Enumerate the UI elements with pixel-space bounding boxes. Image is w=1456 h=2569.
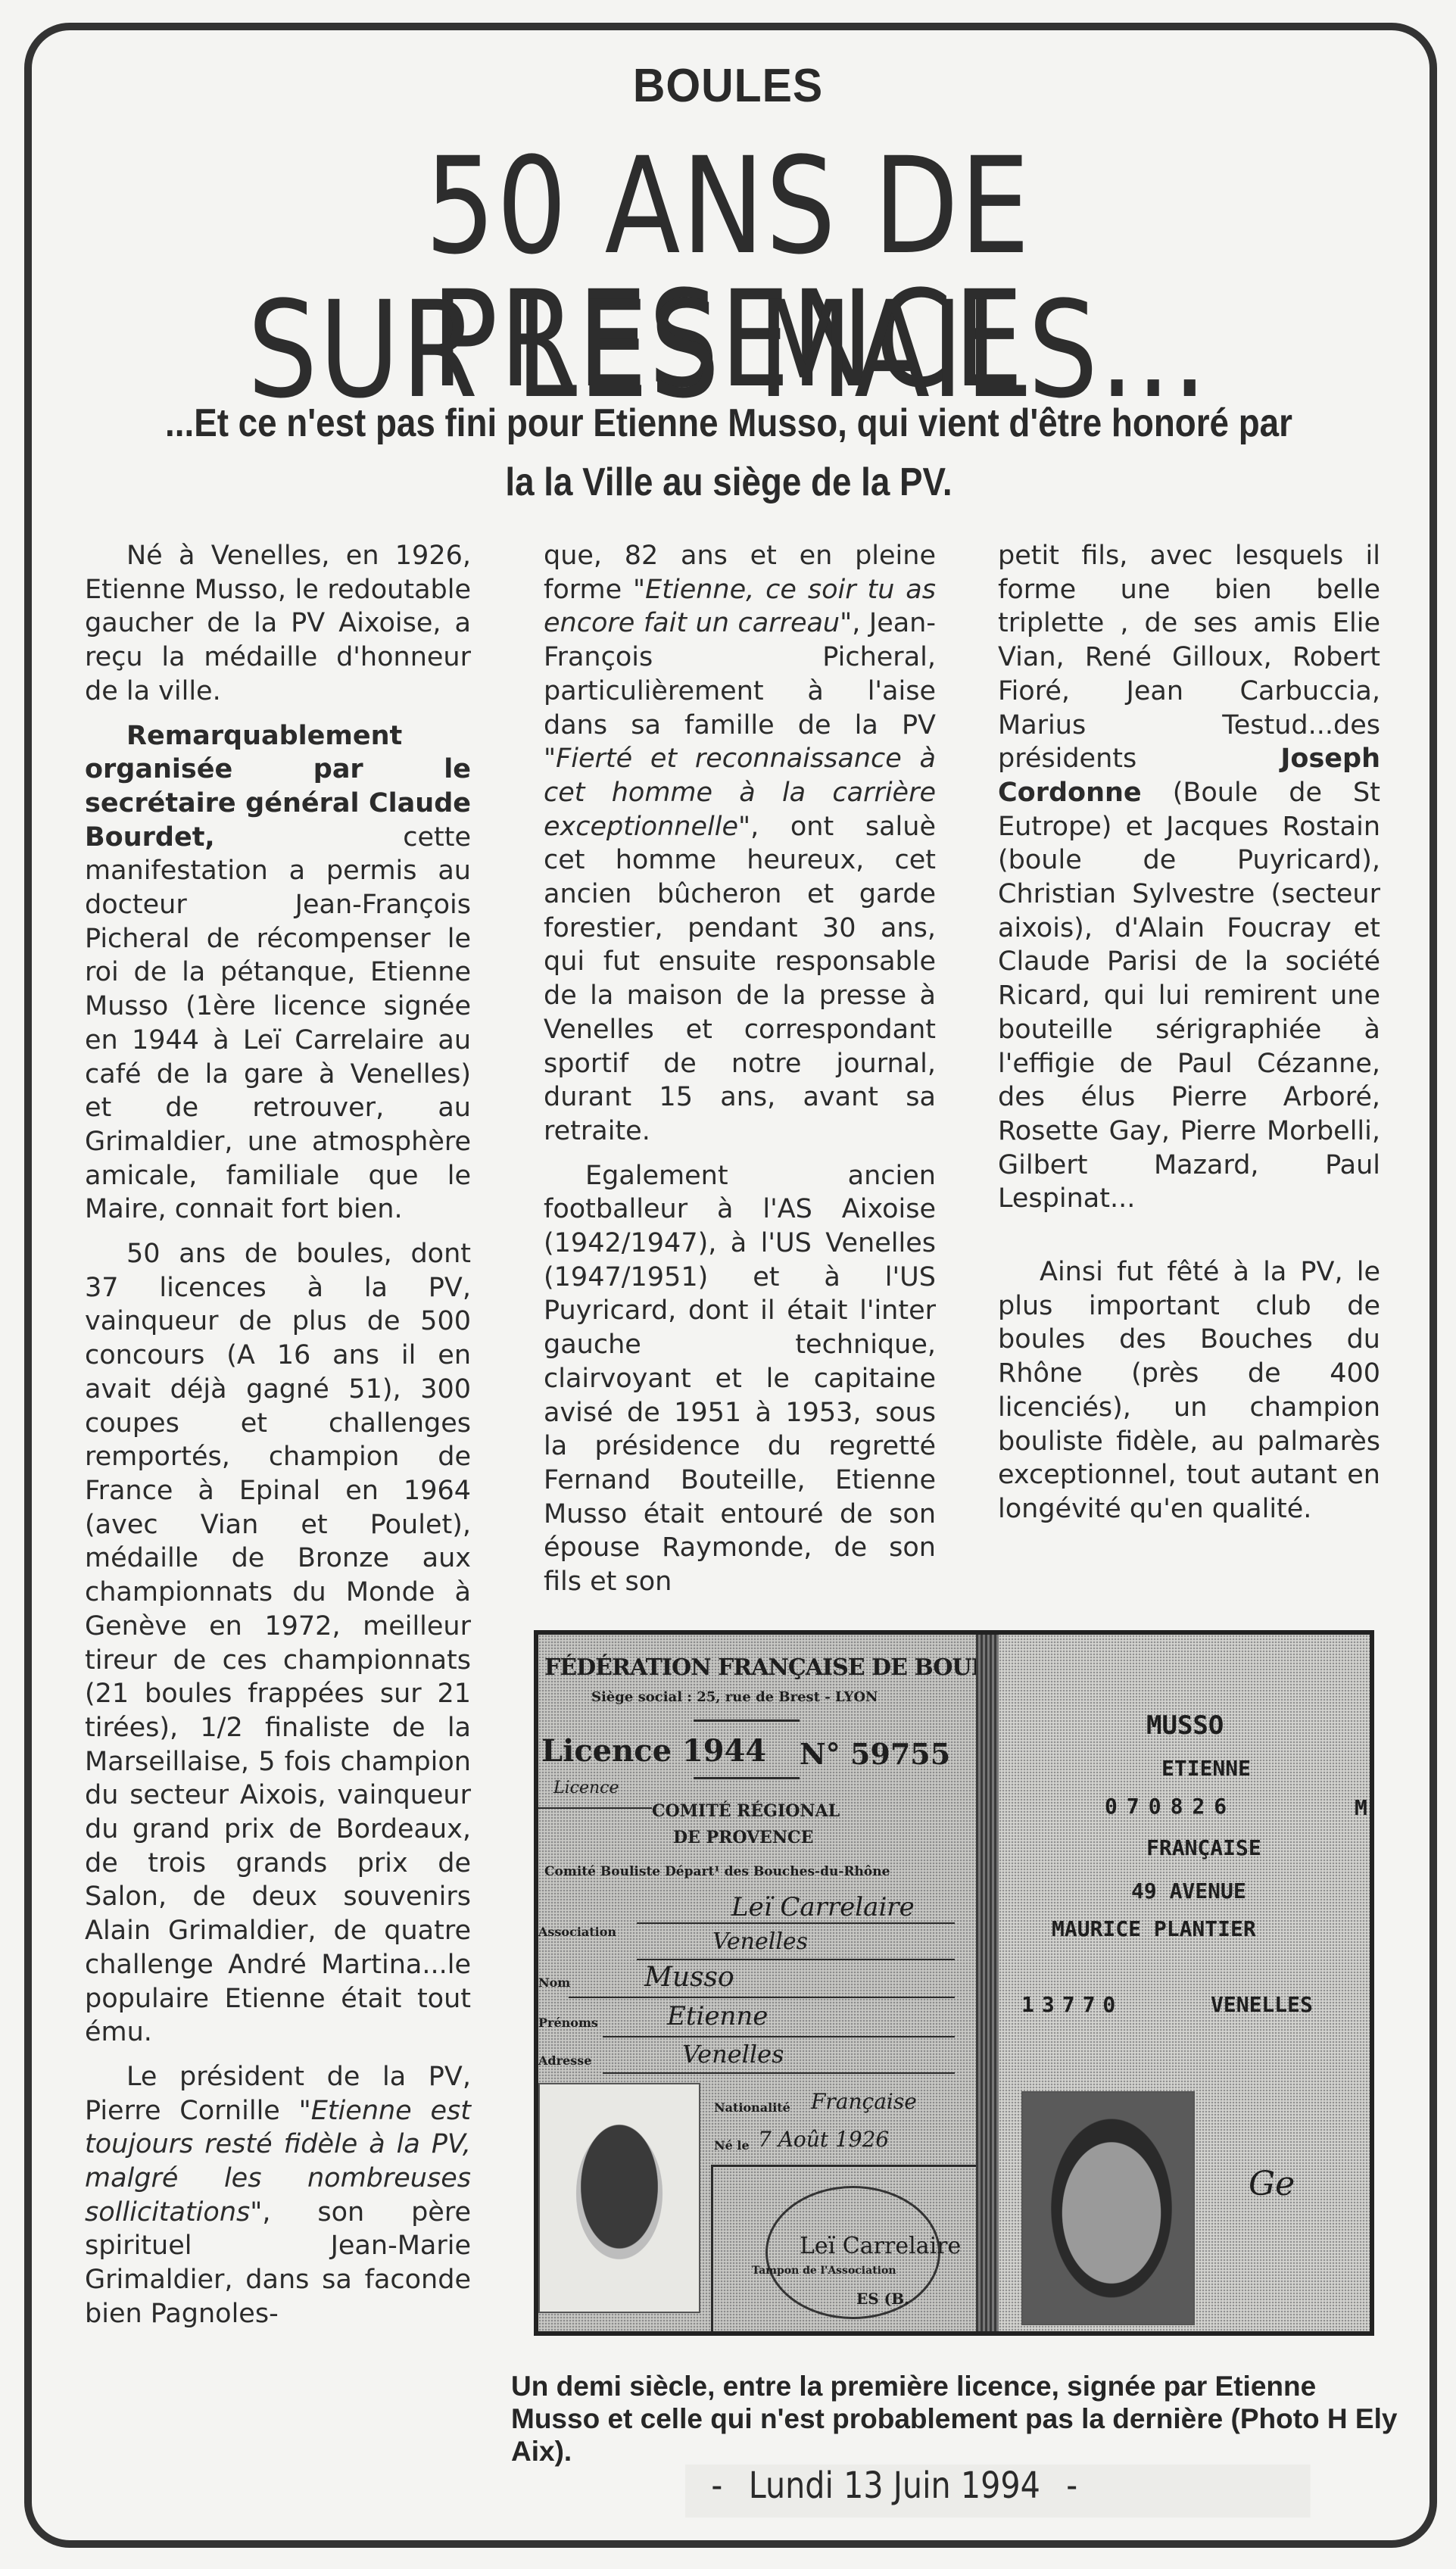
paragraph: Ainsi fut fêté à la PV, le plus importan… [998, 1255, 1380, 1526]
paragraph: Né à Venelles, en 1926, Etienne Musso, l… [85, 539, 471, 709]
field-line [603, 2072, 955, 2074]
card-spine [976, 1635, 999, 2331]
holder-town: VENELLES [1211, 1992, 1313, 2017]
ne-le-value: 7 Août 1926 [758, 2127, 889, 2152]
paragraph-text: cette manifestation a permis au docteur … [85, 822, 471, 1225]
paragraph-text: (Boule de St Eutrope) et Jacques Rostain… [998, 778, 1380, 1214]
holder-name: MUSSO [1146, 1710, 1224, 1741]
licence-label: Licence 1944 [541, 1733, 766, 1769]
holder-first-name: ETIENNE [1161, 1756, 1251, 1781]
prenoms-label: Prénoms [538, 2016, 598, 2030]
paragraph: petit fils, avec lesquels il forme une b… [998, 539, 1380, 1216]
article-column-3: petit fils, avec lesquels il forme une b… [998, 539, 1380, 1526]
article-column-1: Né à Venelles, en 1926, Etienne Musso, l… [85, 539, 471, 2331]
older-portrait [1021, 2091, 1195, 2325]
association-town: Venelles [712, 1928, 808, 1955]
paragraph-text: petit fils, avec lesquels il forme une b… [998, 541, 1380, 774]
licence-card-1944: FÉDÉRATION FRANÇAISE DE BOULES Siège soc… [538, 1635, 976, 2331]
paragraph: 50 ans de boules, dont 37 licences à la … [85, 1237, 471, 2050]
holder-birthdate: 070826 [1105, 1794, 1236, 1819]
nationalite-label: Nationalité [714, 2100, 790, 2115]
paragraph-text: , ont saluè cet homme heureux, cet ancie… [544, 812, 936, 1146]
holder-sex: M [1355, 1795, 1367, 1820]
divider [694, 1777, 800, 1779]
publication-date: Lundi 13 Juin 1994 [749, 2465, 1040, 2507]
date-dash-left: - [711, 2465, 722, 2507]
holder-street: 49 AVENUE [1131, 1878, 1246, 1903]
departmental-committee: Comité Bouliste Départ¹ des Bouches-du-R… [544, 1864, 890, 1879]
publication-date-bar: -Lundi 13 Juin 1994- [685, 2465, 1311, 2518]
article-column-2: que, 82 ans et en pleine forme "Etienne,… [544, 539, 936, 1599]
adresse-value: Venelles [682, 2040, 784, 2069]
adresse-label: Adresse [538, 2053, 591, 2068]
federation-title: FÉDÉRATION FRANÇAISE DE BOULES [544, 1654, 1018, 1681]
association-value: Leï Carrelaire [731, 1892, 915, 1922]
holder-nationality: FRANÇAISE [1146, 1835, 1261, 1860]
paragraph: Le président de la PV, Pierre Cornille "… [85, 2060, 471, 2331]
section-label: BOULES [36, 59, 1420, 113]
paragraph: Egalement ancien footballeur à l'AS Aixo… [544, 1159, 936, 1599]
licence-number: N° 59755 [800, 1737, 950, 1771]
paragraph: que, 82 ans et en pleine forme "Etienne,… [544, 539, 936, 1149]
licence-photo: FÉDÉRATION FRANÇAISE DE BOULES Siège soc… [534, 1630, 1374, 2336]
stamp-arc: ES (B. [856, 2290, 909, 2308]
stamp-subtitle: Tampon de l'Association [752, 2265, 896, 2277]
divider [694, 1719, 800, 1722]
ne-le-label: Né le [714, 2138, 750, 2153]
committee: COMITÉ RÉGIONAL [652, 1801, 840, 1821]
association-label: Association [538, 1925, 616, 1939]
nom-value: Musso [644, 1962, 734, 1993]
photo-caption: Un demi siècle, entre la première licenc… [511, 2370, 1412, 2468]
nationalite-value: Française [811, 2089, 917, 2114]
signature-icon: Ge [1249, 2165, 1295, 2203]
field-line [637, 1959, 955, 1960]
field-line [637, 1922, 955, 1924]
young-portrait [538, 2083, 700, 2313]
committee-region: DE PROVENCE [673, 1828, 813, 1847]
date-dash-right: - [1066, 2465, 1077, 2507]
licence-category: Licence [553, 1779, 619, 1797]
nom-label: Nom [538, 1975, 570, 1990]
federation-address: Siège social : 25, rue de Brest - LYON [591, 1689, 878, 1705]
subtitle: ...Et ce n'est pas fini pour Etienne Mus… [148, 394, 1311, 512]
stamp-text: Leï Carrelaire [800, 2233, 961, 2259]
prenoms-value: Etienne [667, 2001, 768, 2031]
field-line [569, 1997, 955, 1998]
field-line [603, 2036, 955, 2037]
holder-postcode: 13770 [1021, 1992, 1123, 2017]
licence-card-current: MUSSO ETIENNE 070826 M FRANÇAISE 49 AVEN… [999, 1635, 1370, 2331]
paragraph: Remarquablement organisée par le secréta… [85, 719, 471, 1227]
divider [538, 1807, 652, 1809]
holder-street-2: MAURICE PLANTIER [1052, 1916, 1256, 1941]
